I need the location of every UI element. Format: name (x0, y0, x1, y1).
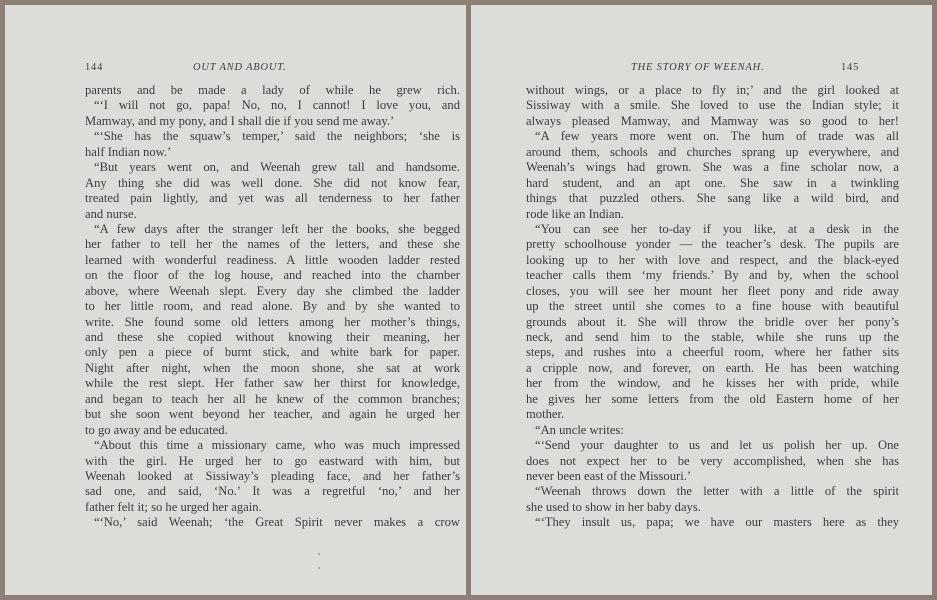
text-line: looking up to her with love and respect,… (526, 253, 899, 268)
text-line: rode like an Indian. (526, 207, 899, 222)
text-line: mother. (526, 407, 899, 422)
text-line: hard student, and an apt one. She saw in… (526, 176, 899, 191)
text-line: Night after night, when the moon shone, … (85, 361, 460, 376)
text-line: around them, schools and churches sprang… (526, 145, 899, 160)
text-line: does not expect her to be very accomplis… (526, 454, 899, 469)
text-line: “About this time a missionary came, who … (85, 438, 460, 453)
text-line: write. She found some old letters among … (85, 315, 460, 330)
text-line: with the girl. He urged her to go eastwa… (85, 454, 460, 469)
left-page-body: parents and be made a lady of while he g… (85, 83, 460, 531)
right-page-body: without wings, or a place to fly in;’ an… (526, 83, 899, 531)
text-line: “A few years more went on. The hum of tr… (526, 129, 899, 144)
text-line: her from the window, and he kisses her w… (526, 376, 899, 391)
text-line: he gives her some letters from the old E… (526, 392, 899, 407)
text-line: up the street until she comes to a fine … (526, 299, 899, 314)
text-line: pretty schoolhouse yonder — the teacher’… (526, 237, 899, 252)
text-line: “But years went on, and Weenah grew tall… (85, 160, 460, 175)
text-line: Weenah’s wings had grown. She was a fine… (526, 160, 899, 175)
text-line: Mamway, and my pony, and I shall die if … (85, 114, 460, 129)
text-line: without wings, or a place to fly in;’ an… (526, 83, 899, 98)
text-line: “‘Send your daughter to us and let us po… (526, 438, 899, 453)
text-line: sad one, and said, ‘No.’ It was a regret… (85, 484, 460, 499)
text-line: “A few days after the stranger left her … (85, 222, 460, 237)
left-page: 144 OUT AND ABOUT. parents and be made a… (5, 5, 466, 595)
page-number: 145 (841, 62, 859, 73)
text-line: and began to teach her all he knew of th… (85, 392, 460, 407)
right-page: THE STORY OF WEENAH. 145 without wings, … (471, 5, 932, 595)
running-head: OUT AND ABOUT. (193, 62, 287, 73)
paper-speck (318, 553, 320, 555)
text-line: to her little room, and read alone. By a… (85, 299, 460, 314)
text-line: steps, and rushes into a cheerful room, … (526, 345, 899, 360)
text-line: half Indian now.’ (85, 145, 460, 160)
page-number: 144 (85, 62, 103, 73)
text-line: above, where Weenah slept. Every day she… (85, 284, 460, 299)
text-line: “Weenah throws down the letter with a li… (526, 484, 899, 499)
text-line: “An uncle writes: (526, 423, 899, 438)
text-line: and these she copied without knowing the… (85, 330, 460, 345)
text-line: a cripple now, and forever, on earth. He… (526, 361, 899, 376)
paper-speck (318, 567, 320, 569)
text-line: her father to tell her the names of the … (85, 237, 460, 252)
text-line: “‘I will not go, papa! No, no, I cannot!… (85, 98, 460, 113)
text-line: grounds about it. She will throw the bri… (526, 315, 899, 330)
text-line: and nurse. (85, 207, 460, 222)
text-line: “You can see her to-day if you like, at … (526, 222, 899, 237)
text-line: she used to show in her baby days. (526, 500, 899, 515)
text-line: on the floor of the log house, and reach… (85, 268, 460, 283)
text-line: learned with wonderful readiness. A litt… (85, 253, 460, 268)
text-line: Sissiway with a smile. She loved to use … (526, 98, 899, 113)
text-line: treated pain lightly, and yet was all te… (85, 191, 460, 206)
text-line: “‘She has the squaw’s temper,’ said the … (85, 129, 460, 144)
text-line: Weenah looked at Sissiway’s pleading fac… (85, 469, 460, 484)
text-line: things that puzzled others. She sang lik… (526, 191, 899, 206)
text-line: never been east of the Missouri.’ (526, 469, 899, 484)
text-line: while the rest slept. Her father saw her… (85, 376, 460, 391)
text-line: only pen a piece of burnt stick, and whi… (85, 345, 460, 360)
text-line: “‘No,’ said Weenah; ‘the Great Spirit ne… (85, 515, 460, 530)
text-line: father felt it; so he urged her again. (85, 500, 460, 515)
text-line: closes, you will see her mount her fleet… (526, 284, 899, 299)
text-line: neck, and send him to the stable, while … (526, 330, 899, 345)
text-line: but she soon went beyond her teacher, an… (85, 407, 460, 422)
running-head: THE STORY OF WEENAH. (631, 62, 764, 73)
text-line: Any thing she did was well done. She did… (85, 176, 460, 191)
text-line: to go away and be educated. (85, 423, 460, 438)
text-line: always pleased Mamway, and Mamway was so… (526, 114, 899, 129)
text-line: “‘They insult us, papa; we have our mast… (526, 515, 899, 530)
text-line: parents and be made a lady of while he g… (85, 83, 460, 98)
text-line: teacher calls them ‘my friends.’ By and … (526, 268, 899, 283)
